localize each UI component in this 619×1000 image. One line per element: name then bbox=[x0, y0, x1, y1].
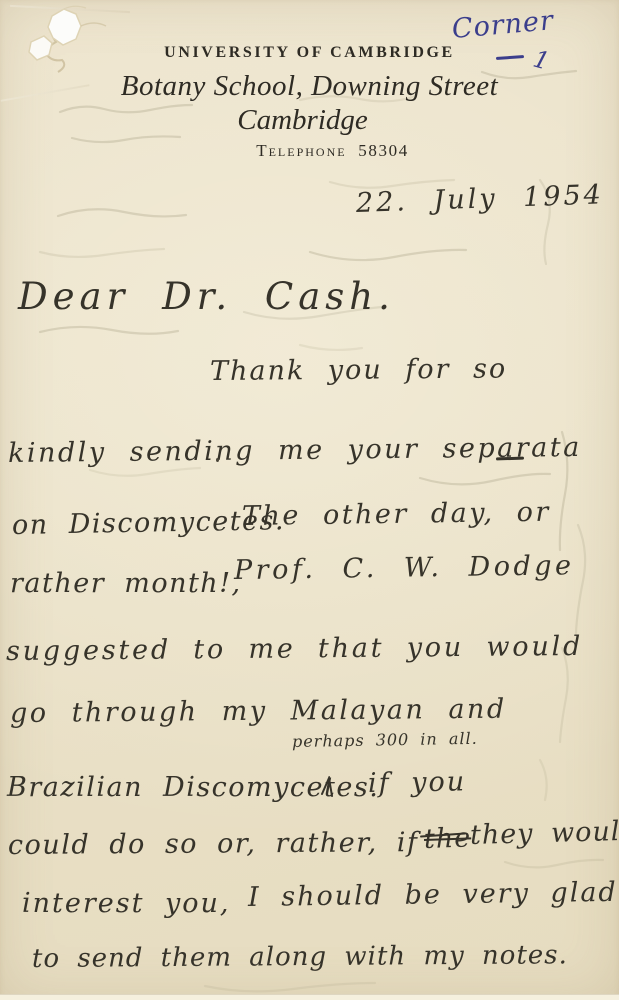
body-line-7b: if you bbox=[368, 768, 467, 797]
body-line-4b: Prof. C. W. Dodge bbox=[234, 552, 575, 584]
interline-insertion: perhaps 300 in all. bbox=[292, 731, 478, 750]
letterhead-telephone: Telephone 58304 bbox=[0, 141, 619, 161]
insertion-caret bbox=[320, 776, 336, 798]
body-line-8a: could do so or, rather, if bbox=[8, 829, 419, 859]
letter-date: 22. July 1954 bbox=[356, 181, 605, 217]
body-line-9b: I should be very glad bbox=[248, 879, 618, 911]
salutation: Dear Dr. Cash. bbox=[18, 278, 395, 315]
body-line-2: kindly sending me your separata bbox=[8, 434, 582, 467]
body-line-9a: interest you, bbox=[22, 890, 231, 917]
letter-scan: UNIVERSITY OF CAMBRIDGE Botany School, D… bbox=[0, 0, 619, 1000]
body-line-6: go through my Malayan and bbox=[10, 696, 507, 727]
telephone-number: 58304 bbox=[358, 141, 409, 160]
body-line-8-struck-word: the bbox=[424, 824, 472, 853]
letterhead-city: Cambridge bbox=[0, 104, 619, 137]
telephone-label: Telephone bbox=[256, 141, 346, 160]
body-line-10: to send them along with my notes. bbox=[32, 942, 568, 972]
letterhead-institution: UNIVERSITY OF CAMBRIDGE bbox=[0, 44, 619, 62]
body-line-4a: rather month!, bbox=[10, 570, 242, 597]
body-line-3b: The other day, or bbox=[242, 499, 551, 530]
body-line-5: suggested to me that you would bbox=[6, 633, 583, 665]
letterhead-school-street: Botany School, Downing Street bbox=[0, 70, 619, 103]
body-line-8b: they would bbox=[470, 818, 619, 849]
body-line-1: Thank you for so bbox=[210, 355, 507, 385]
ink-speck bbox=[216, 458, 219, 462]
scan-bottom-edge bbox=[0, 994, 619, 1000]
